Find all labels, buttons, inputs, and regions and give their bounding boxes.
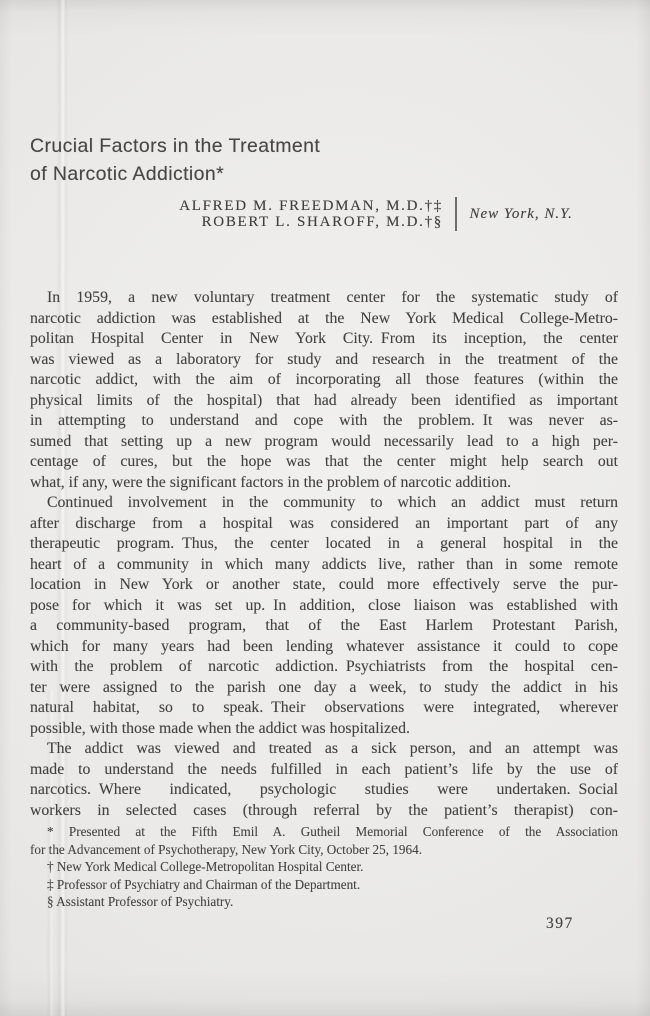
body-text-line: narcotics. Where indicated, psychologic … [30, 780, 618, 801]
body-text-line: a community-based program, that of the E… [30, 616, 618, 637]
body-text-line: narcotic addiction was established at th… [30, 309, 618, 330]
body-text-line: was viewed as a laboratory for study and… [30, 350, 618, 371]
body-text-line: narcotic addict, with the aim of incorpo… [30, 370, 618, 391]
footnote-line: for the Advancement of Psychotherapy, Ne… [30, 841, 618, 859]
body-text-line: In 1959, a new voluntary treatment cente… [30, 288, 618, 309]
author-location: New York, N.Y. [470, 206, 573, 223]
footnote-line: † New York Medical College-Metropolitan … [30, 858, 618, 876]
body-text-line: with the problem of narcotic addiction. … [30, 657, 618, 678]
body-text-line: possible, with those made when the addic… [30, 719, 618, 740]
body-text-line: after discharge from a hospital was cons… [30, 514, 618, 535]
author-1: ALFRED M. FREEDMAN, M.D.†‡ [168, 198, 443, 215]
author-names: ALFRED M. FREEDMAN, M.D.†‡ ROBERT L. SHA… [168, 198, 443, 231]
body-text-line: location in New York or another state, c… [30, 575, 618, 596]
body-text-line: heart of a community in which many addic… [30, 555, 618, 576]
body-text-line: what, if any, were the significant facto… [30, 473, 618, 494]
body-text-line: centage of cures, but the hope was that … [30, 452, 618, 473]
byline-divider-rule [455, 197, 457, 231]
article-body: In 1959, a new voluntary treatment cente… [30, 288, 618, 821]
body-text-line: made to understand the needs fulfilled i… [30, 760, 618, 781]
footnotes: * Presented at the Fifth Emil A. Gutheil… [30, 823, 618, 911]
body-text-line: ter were assigned to the parish one day … [30, 678, 618, 699]
title-line-2: of Narcotic Addiction* [30, 160, 320, 188]
title-line-1: Crucial Factors in the Treatment [30, 132, 320, 160]
author-2: ROBERT L. SHAROFF, M.D.†§ [168, 214, 443, 231]
footnote-line: § Assistant Professor of Psychiatry. [30, 893, 618, 911]
body-text-line: workers in selected cases (through refer… [30, 801, 618, 822]
footnote-line: ‡ Professor of Psychiatry and Chairman o… [30, 876, 618, 894]
body-text-line: natural habitat, so to speak. Their obse… [30, 698, 618, 719]
footnote-line: * Presented at the Fifth Emil A. Gutheil… [30, 823, 618, 841]
scanned-journal-page: Crucial Factors in the Treatment of Narc… [0, 0, 650, 1016]
body-text-line: which for many years had been lending wh… [30, 637, 618, 658]
body-text-line: physical limits of the hospital) that ha… [30, 391, 618, 412]
body-text-line: therapeutic program. Thus, the center lo… [30, 534, 618, 555]
body-text-line: Continued involvement in the community t… [30, 493, 618, 514]
page-number: 397 [546, 915, 574, 933]
byline: ALFRED M. FREEDMAN, M.D.†‡ ROBERT L. SHA… [168, 197, 573, 231]
body-text-line: politan Hospital Center in New York City… [30, 329, 618, 350]
article-title: Crucial Factors in the Treatment of Narc… [30, 132, 320, 188]
body-text-line: in attempting to understand and cope wit… [30, 411, 618, 432]
body-text-line: The addict was viewed and treated as a s… [30, 739, 618, 760]
body-text-line: sumed that setting up a new program woul… [30, 432, 618, 453]
body-text-line: pose for which it was set up. In additio… [30, 596, 618, 617]
